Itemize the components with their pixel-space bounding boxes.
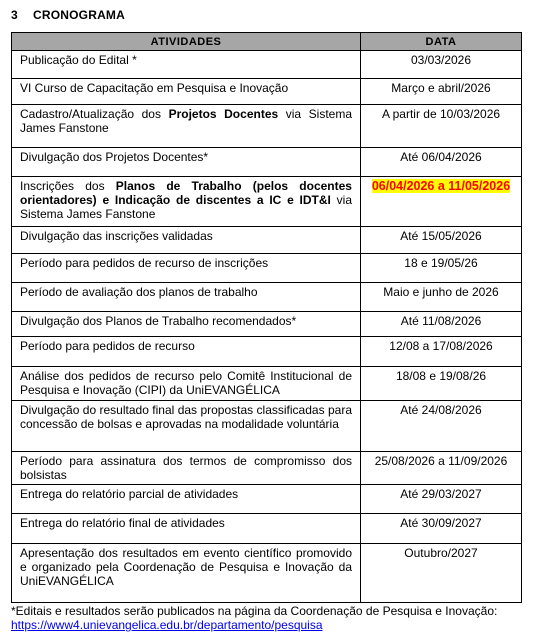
activity-cell: Divulgação das inscrições validadas — [12, 227, 361, 254]
date-cell: 12/08 a 17/08/2026 — [361, 337, 522, 367]
activity-cell: Período para pedidos de recurso de inscr… — [12, 254, 361, 283]
table-row: Inscrições dos Planos de Trabalho (pelos… — [12, 177, 522, 227]
date-cell: 25/08/2026 a 11/09/2026 — [361, 452, 522, 485]
footnote: *Editais e resultados serão publicados n… — [11, 604, 531, 632]
activity-cell: Entrega do relatório final de atividades — [12, 514, 361, 544]
activity-cell: Divulgação dos Projetos Docentes* — [12, 148, 361, 177]
activity-cell: Inscrições dos Planos de Trabalho (pelos… — [12, 177, 361, 227]
table-row: Análise dos pedidos de recurso pelo Comi… — [12, 367, 522, 401]
activity-text: Período de avaliação dos planos de traba… — [20, 285, 258, 299]
date-cell: 18/08 e 19/08/26 — [361, 367, 522, 401]
table-row: Período de avaliação dos planos de traba… — [12, 283, 522, 312]
activity-cell: Análise dos pedidos de recurso pelo Comi… — [12, 367, 361, 401]
date-cell: Até 30/09/2027 — [361, 514, 522, 544]
date-text: Até 11/08/2026 — [401, 314, 482, 328]
activity-cell: Divulgação do resultado final das propos… — [12, 401, 361, 452]
activity-text: Entrega do relatório final de atividades — [20, 516, 225, 530]
header-activities: ATIVIDADES — [12, 33, 361, 51]
research-page-link[interactable]: https://www4.unievangelica.edu.br/depart… — [11, 618, 323, 632]
date-cell: 03/03/2026 — [361, 51, 522, 79]
date-text: Até 30/09/2027 — [400, 516, 481, 530]
activity-text: VI Curso de Capacitação em Pesquisa e In… — [20, 81, 288, 95]
activity-text: Entrega do relatório parcial de atividad… — [20, 487, 238, 501]
date-cell: Outubro/2027 — [361, 544, 522, 603]
activity-text: Inscrições dos — [20, 179, 116, 193]
date-cell: Até 11/08/2026 — [361, 312, 522, 337]
date-text: 03/03/2026 — [411, 53, 471, 67]
table-row: Período para assinatura dos termos de co… — [12, 452, 522, 485]
date-text: 18 e 19/05/26 — [404, 256, 477, 270]
date-text: Março e abril/2026 — [391, 81, 490, 95]
activity-text: Período para pedidos de recurso de inscr… — [20, 256, 268, 270]
activity-cell: Período para assinatura dos termos de co… — [12, 452, 361, 485]
activity-cell: Apresentação dos resultados em evento ci… — [12, 544, 361, 603]
activity-text: Período para pedidos de recurso — [20, 339, 195, 353]
table-row: Divulgação dos Projetos Docentes*Até 06/… — [12, 148, 522, 177]
activity-text-bold: Projetos Docentes — [169, 107, 279, 121]
activity-cell: VI Curso de Capacitação em Pesquisa e In… — [12, 79, 361, 105]
date-cell: Até 15/05/2026 — [361, 227, 522, 254]
activity-cell: Divulgação dos Planos de Trabalho recome… — [12, 312, 361, 337]
schedule-table: ATIVIDADES DATA Publicação do Edital *03… — [11, 32, 522, 603]
table-row: Período para pedidos de recurso de inscr… — [12, 254, 522, 283]
activity-text: Cadastro/Atualização dos — [20, 107, 169, 121]
activity-cell: Cadastro/Atualização dos Projetos Docent… — [12, 105, 361, 148]
date-cell: Até 06/04/2026 — [361, 148, 522, 177]
date-text: Até 06/04/2026 — [400, 150, 481, 164]
date-text: 18/08 e 19/08/26 — [396, 369, 486, 383]
table-row: Publicação do Edital *03/03/2026 — [12, 51, 522, 79]
table-body: Publicação do Edital *03/03/2026VI Curso… — [12, 51, 522, 603]
date-text: Maio e junho de 2026 — [383, 285, 498, 299]
table-row: Cadastro/Atualização dos Projetos Docent… — [12, 105, 522, 148]
date-text: 12/08 a 17/08/2026 — [389, 339, 492, 353]
section-number: 3 — [11, 8, 33, 22]
activity-text: Divulgação das inscrições validadas — [20, 229, 213, 243]
table-row: Apresentação dos resultados em evento ci… — [12, 544, 522, 603]
section-heading: 3CRONOGRAMA — [11, 8, 125, 22]
table-header-row: ATIVIDADES DATA — [12, 33, 522, 51]
table-row: VI Curso de Capacitação em Pesquisa e In… — [12, 79, 522, 105]
date-cell: Até 24/08/2026 — [361, 401, 522, 452]
date-cell: 18 e 19/05/26 — [361, 254, 522, 283]
activity-cell: Publicação do Edital * — [12, 51, 361, 79]
table-row: Divulgação do resultado final das propos… — [12, 401, 522, 452]
activity-cell: Período de avaliação dos planos de traba… — [12, 283, 361, 312]
date-text: Até 15/05/2026 — [400, 229, 481, 243]
date-text: Outubro/2027 — [404, 546, 477, 560]
date-cell: Até 29/03/2027 — [361, 485, 522, 514]
activity-text: Divulgação dos Projetos Docentes* — [20, 150, 208, 164]
table-row: Divulgação dos Planos de Trabalho recome… — [12, 312, 522, 337]
date-text: Até 24/08/2026 — [400, 403, 481, 417]
table-row: Período para pedidos de recurso12/08 a 1… — [12, 337, 522, 367]
section-title: CRONOGRAMA — [33, 8, 125, 22]
activity-text: Divulgação dos Planos de Trabalho recome… — [20, 314, 296, 328]
date-cell: Março e abril/2026 — [361, 79, 522, 105]
date-cell: Maio e junho de 2026 — [361, 283, 522, 312]
activity-text: Análise dos pedidos de recurso pelo Comi… — [20, 369, 352, 397]
activity-text: Apresentação dos resultados em evento ci… — [20, 546, 352, 588]
table-row: Entrega do relatório parcial de atividad… — [12, 485, 522, 514]
date-text: A partir de 10/03/2026 — [382, 107, 500, 121]
table-row: Divulgação das inscrições validadasAté 1… — [12, 227, 522, 254]
activity-text: Período para assinatura dos termos de co… — [20, 454, 352, 482]
table-row: Entrega do relatório final de atividades… — [12, 514, 522, 544]
activity-cell: Período para pedidos de recurso — [12, 337, 361, 367]
date-cell: 06/04/2026 a 11/05/2026 — [361, 177, 522, 227]
header-date: DATA — [361, 33, 522, 51]
activity-text: Publicação do Edital * — [20, 53, 137, 67]
date-cell: A partir de 10/03/2026 — [361, 105, 522, 148]
highlighted-date: 06/04/2026 a 11/05/2026 — [372, 179, 510, 193]
date-text: 25/08/2026 a 11/09/2026 — [375, 454, 508, 468]
footnote-text: *Editais e resultados serão publicados n… — [11, 604, 497, 618]
date-text: Até 29/03/2027 — [400, 487, 481, 501]
activity-text: Divulgação do resultado final das propos… — [20, 403, 352, 431]
activity-cell: Entrega do relatório parcial de atividad… — [12, 485, 361, 514]
